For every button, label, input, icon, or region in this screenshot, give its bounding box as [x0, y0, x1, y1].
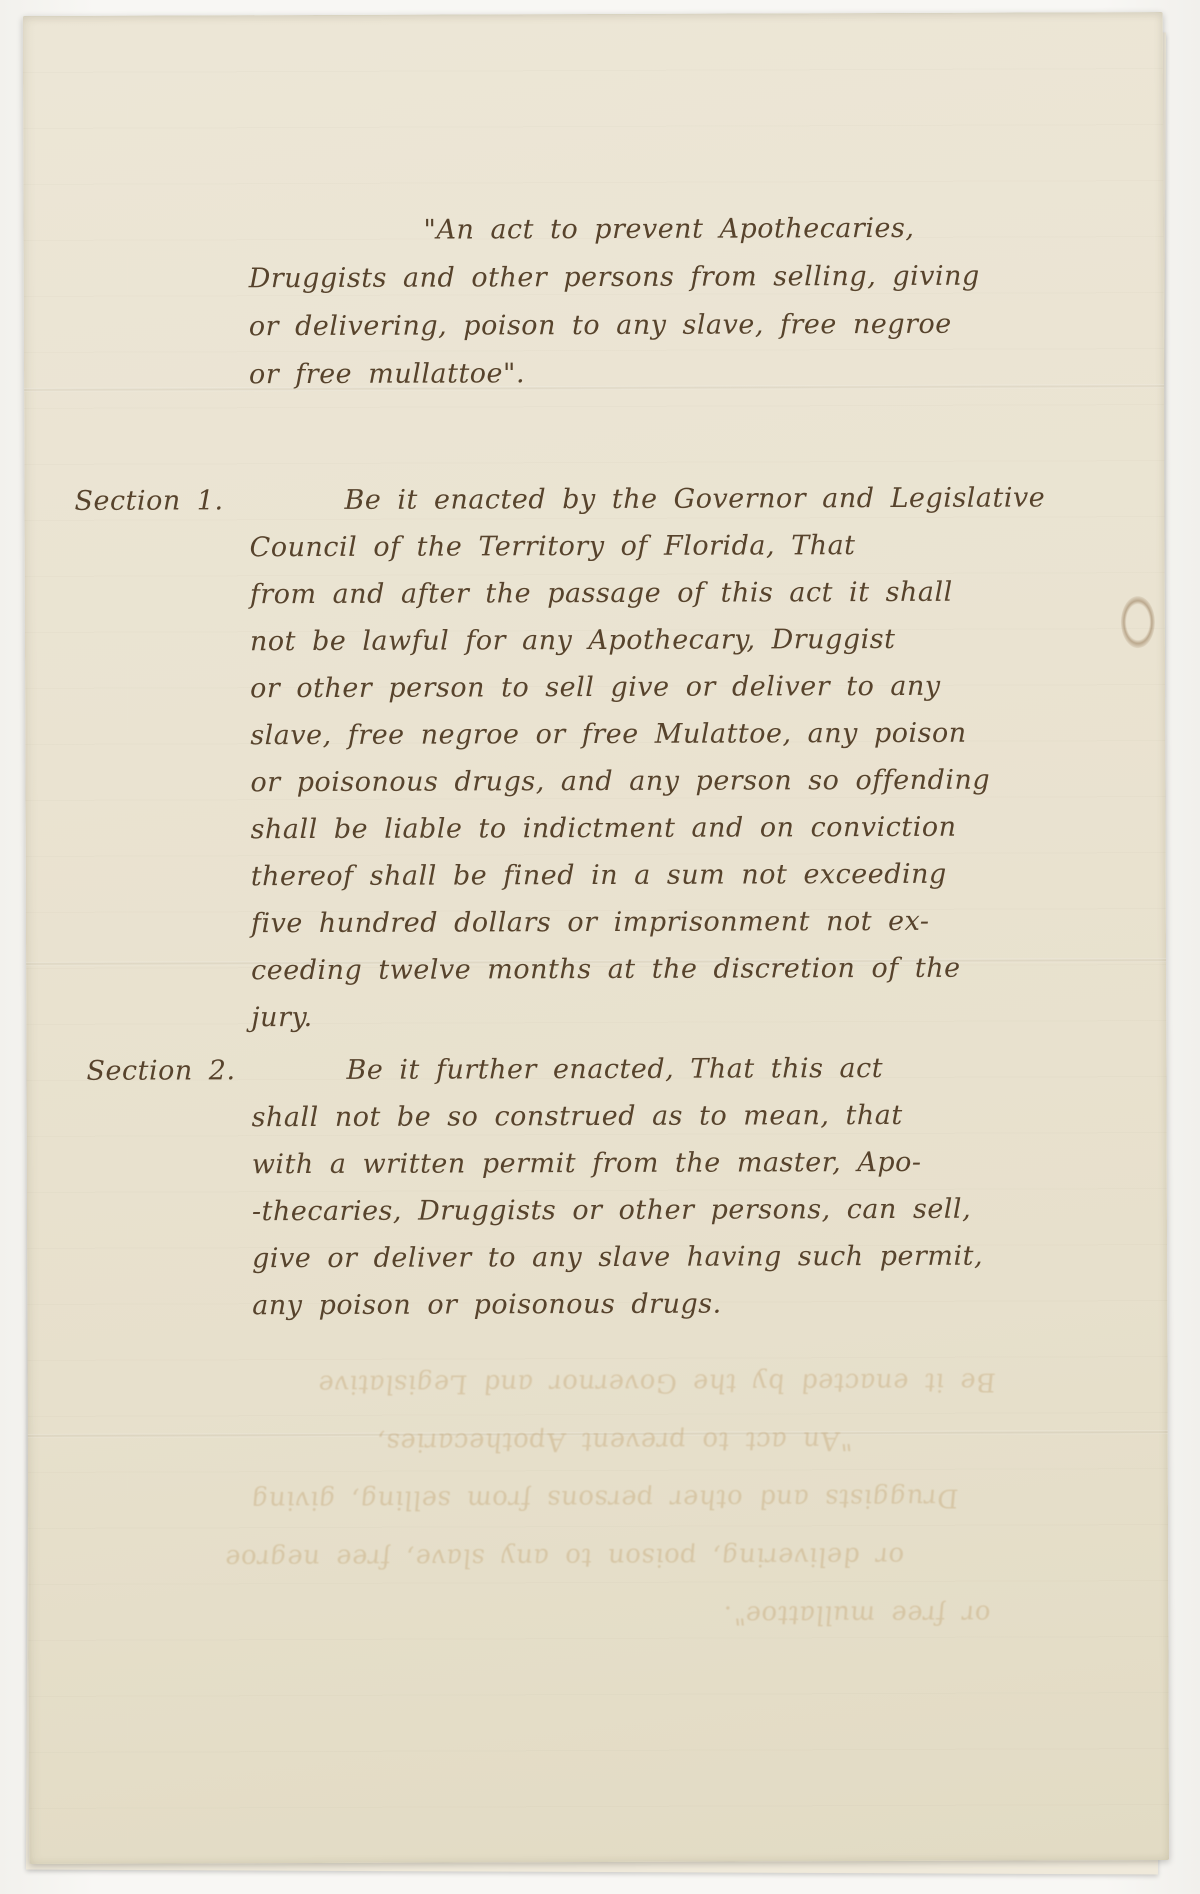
ink-smudge: [1121, 596, 1155, 648]
body-line: five hundred dollars or imprisonment not…: [251, 897, 1047, 947]
bleedthrough-text: or free mullattoe". or delivering, poiso…: [142, 1353, 1033, 1646]
bleedthrough-line: "An act to prevent Apothecaries,: [149, 1411, 1015, 1472]
body-line: with a written permit from the master, A…: [252, 1139, 983, 1189]
title-line: "An act to prevent Apothecaries,: [248, 205, 979, 256]
body-line: or poisonous drugs, and any person so of…: [250, 756, 1046, 806]
document-page: or free mullattoe". or delivering, poiso…: [23, 12, 1169, 1864]
bleedthrough-line: or delivering, poison to any slave, free…: [161, 1527, 1027, 1588]
body-line: Be it enacted by the Governor and Legisl…: [249, 474, 1045, 524]
body-line: not be lawful for any Apothecary, Druggi…: [250, 615, 1046, 665]
body-line: Council of the Territory of Florida, Tha…: [250, 521, 1046, 571]
bleedthrough-line: Druggists and other persons from selling…: [155, 1469, 1021, 1530]
body-line: -thecaries, Druggists or other persons, …: [252, 1186, 983, 1236]
bleedthrough-line: or free mullattoe".: [167, 1584, 1033, 1645]
body-line: ceeding twelve months at the discretion …: [251, 944, 1047, 994]
scan-background: or free mullattoe". or delivering, poiso…: [0, 0, 1200, 1894]
section-1-label: Section 1.: [74, 485, 223, 517]
title-line: Druggists and other persons from selling…: [249, 253, 980, 304]
title-line: or free mullattoe".: [249, 349, 980, 400]
act-title: "An act to prevent Apothecaries, Druggis…: [248, 205, 980, 400]
section-1-body: Be it enacted by the Governor and Legisl…: [249, 474, 1047, 1041]
body-line: any poison or poisonous drugs.: [252, 1280, 983, 1330]
body-line: thereof shall be fined in a sum not exce…: [251, 850, 1047, 900]
body-line: slave, free negroe or free Mulattoe, any…: [250, 709, 1046, 759]
section-2-body: Be it further enacted, That this act sha…: [251, 1045, 983, 1330]
body-line: shall not be so construed as to mean, th…: [252, 1092, 983, 1142]
body-line: jury.: [251, 991, 1047, 1041]
body-line: or other person to sell give or deliver …: [250, 662, 1046, 712]
body-line: give or deliver to any slave having such…: [252, 1233, 983, 1283]
body-line: shall be liable to indictment and on con…: [251, 803, 1047, 853]
bleedthrough-line: Be it enacted by the Governor and Legisl…: [142, 1353, 1008, 1414]
body-line: Be it further enacted, That this act: [251, 1045, 982, 1095]
title-line: or delivering, poison to any slave, free…: [249, 301, 980, 352]
section-2-label: Section 2.: [86, 1055, 235, 1087]
body-line: from and after the passage of this act i…: [250, 568, 1046, 618]
